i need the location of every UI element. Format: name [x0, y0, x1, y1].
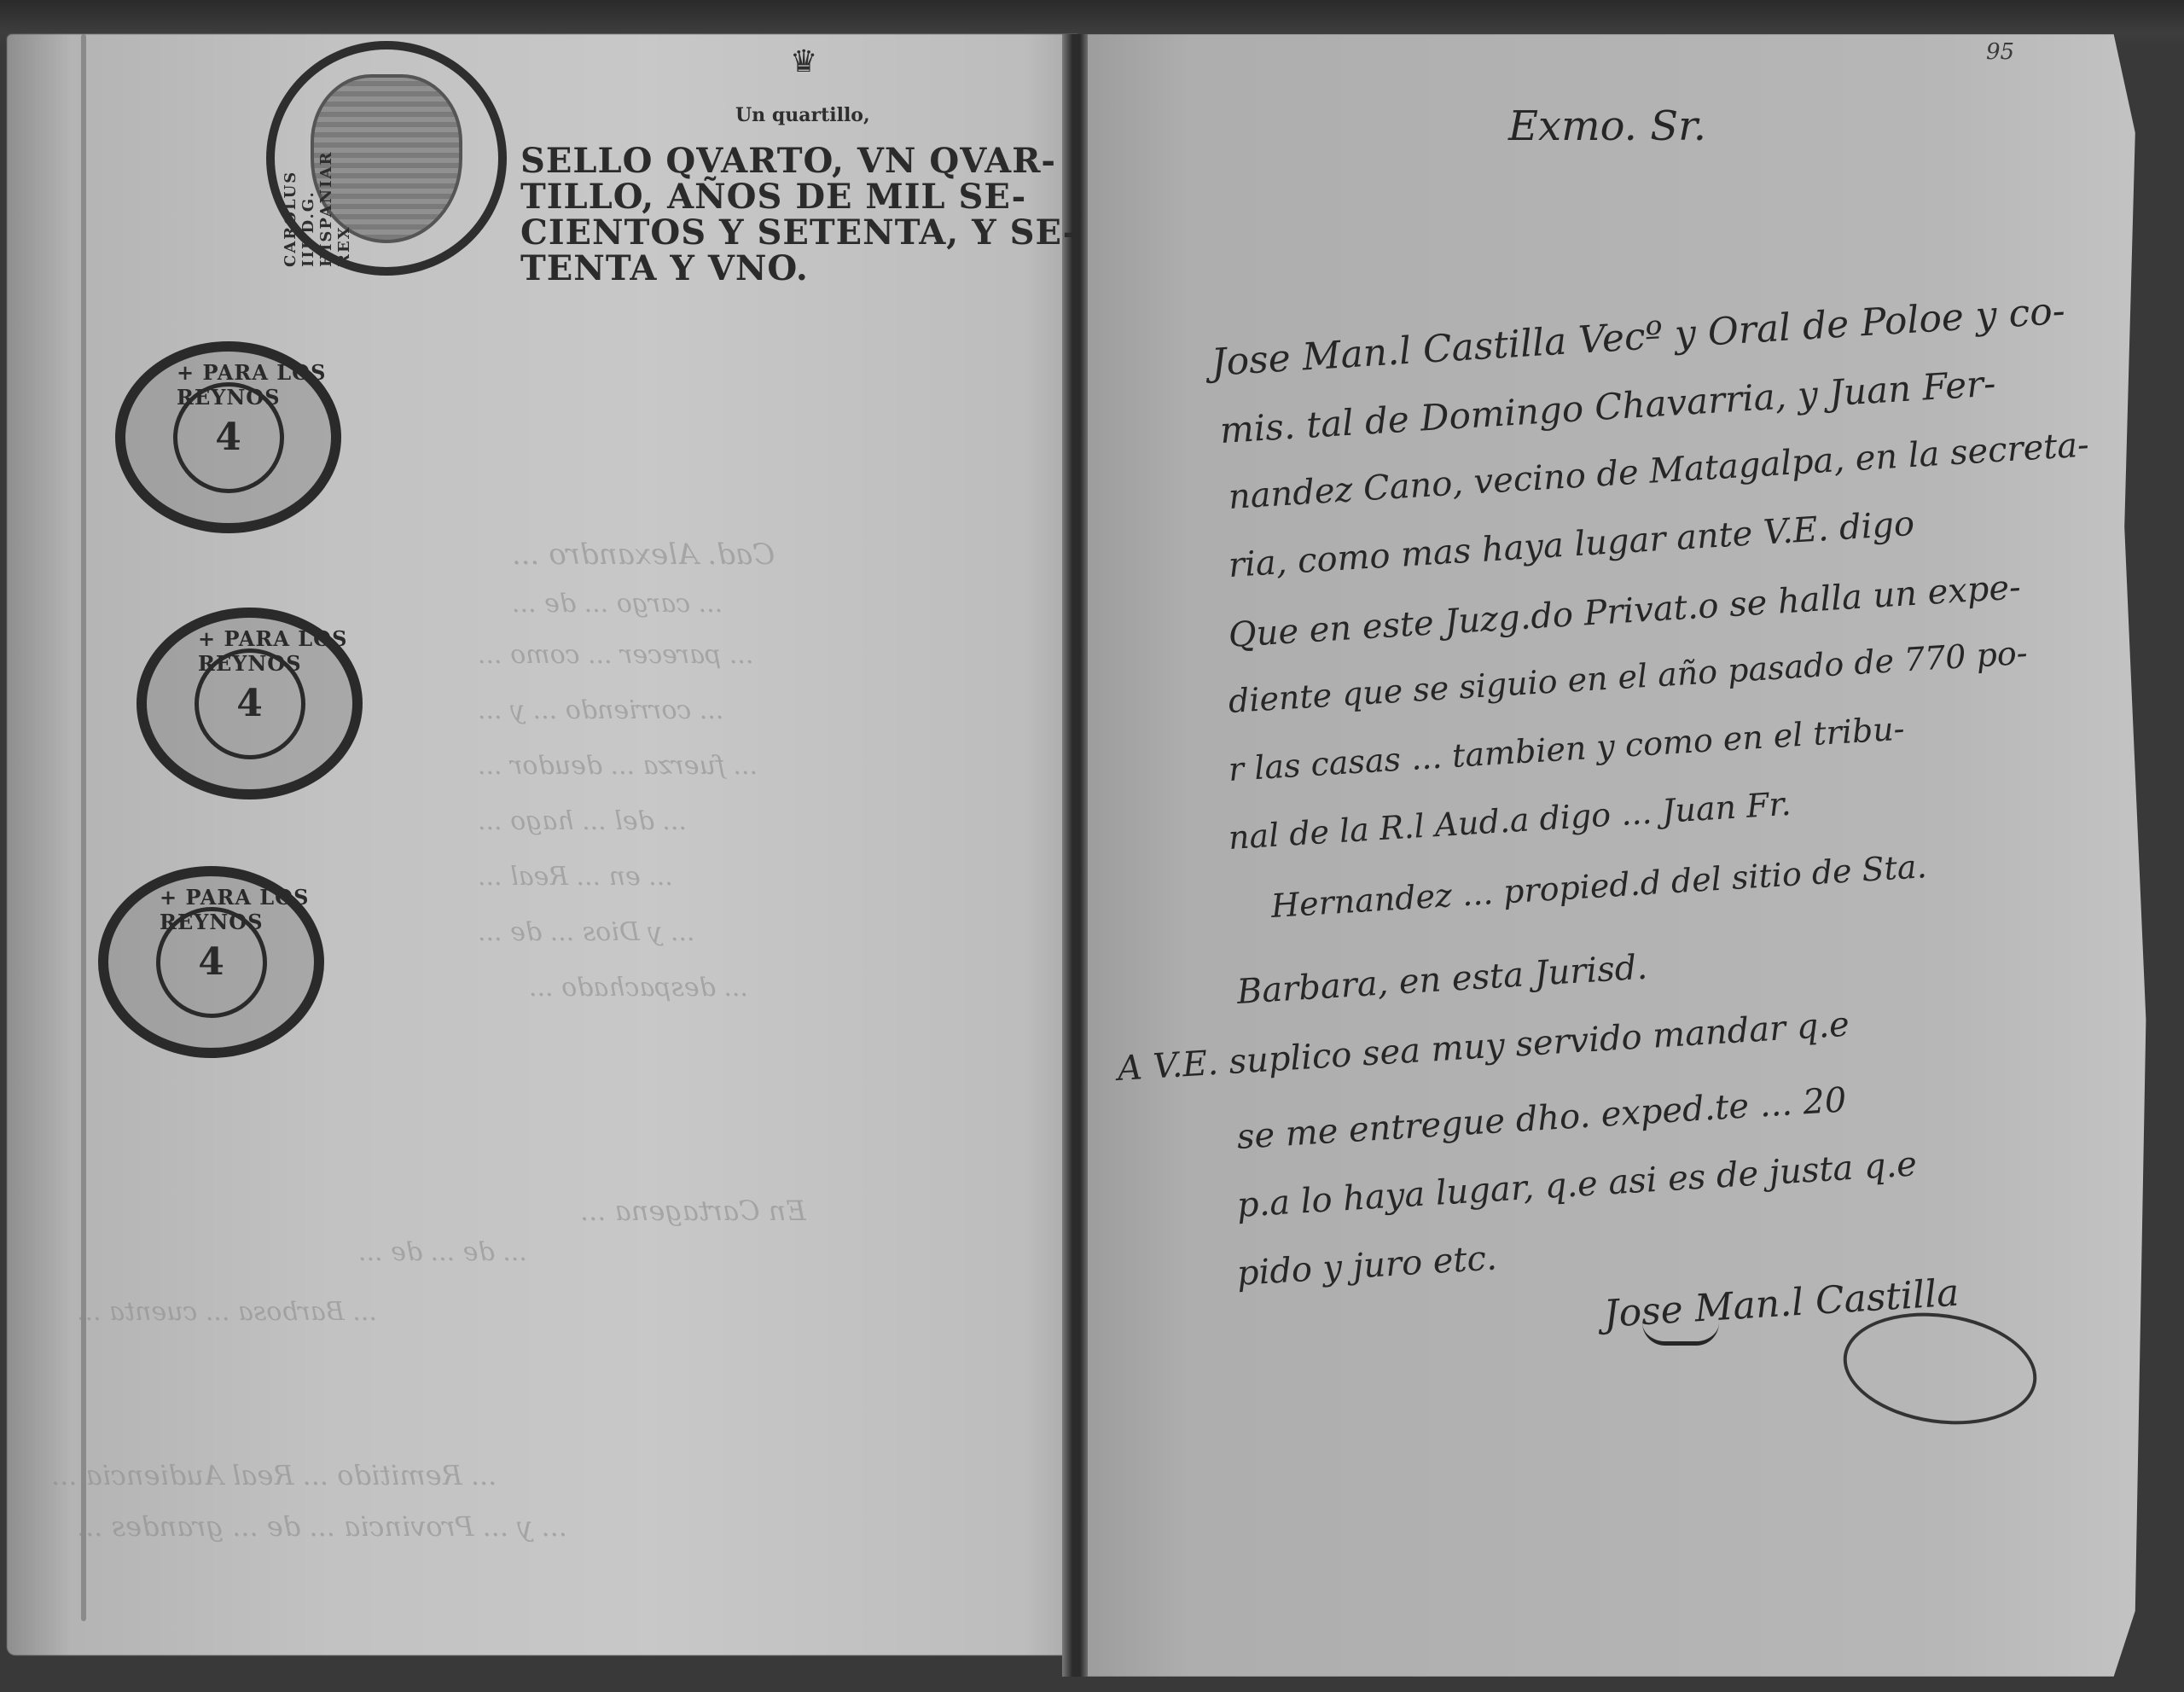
legend-line: CIENTOS Y SETENTA, Y SE- — [520, 215, 1101, 251]
bleed-through-line: ... Remitido ... Real Audiencia ... — [51, 1459, 497, 1491]
revenue-seal: + PARA LOS REYNOS 4 — [98, 866, 324, 1058]
folio-number: 95 — [1986, 39, 2014, 65]
bleed-through-line: ... fuerza ... deudor ... — [478, 751, 758, 781]
signature-underline — [1642, 1323, 1719, 1346]
legend-line: SELLO QVARTO, VN QVAR- — [520, 143, 1101, 179]
bleed-through-line: ... cargo ... de ... — [512, 589, 723, 619]
bleed-through-line: ... Barbosa ... cuenta ... — [77, 1297, 377, 1327]
bleed-through-line: ... de ... de ... — [358, 1237, 527, 1267]
bleed-through-line: ... en ... Real ... — [478, 862, 673, 892]
royal-arms-seal: CAROLUS III D.G. HISPANIAR REX — [266, 41, 507, 276]
legend-line: TENTA Y VNO. — [520, 251, 1101, 287]
bleed-through-line: ... y Dios ... de ... — [478, 917, 695, 947]
revenue-seal: + PARA LOS REYNOS 4 — [115, 341, 341, 533]
bleed-through-line: ... parecer ... como ... — [478, 640, 753, 670]
bleed-through-line: ... corriendo ... y ... — [478, 695, 723, 725]
seal-rim-text: + PARA LOS REYNOS — [198, 626, 352, 676]
stamped-paper-legend: SELLO QVARTO, VN QVAR- TILLO, AÑOS DE MI… — [520, 143, 1101, 287]
crown-emblem-icon: ♛ — [790, 44, 817, 79]
revenue-seal: + PARA LOS REYNOS 4 — [136, 608, 363, 799]
salutation: Exmo. Sr. — [1508, 102, 1706, 150]
seal-ring-text: CAROLUS III D.G. HISPANIAR REX — [282, 143, 353, 267]
left-page-fold-line — [81, 34, 86, 1621]
bleed-through-line: En Cartagena ... — [580, 1195, 806, 1227]
bleed-through-line: ... y ... Provincia ... de ... grandes .… — [77, 1510, 567, 1543]
seal-rim-text: + PARA LOS REYNOS — [177, 360, 331, 410]
seal-rim-text: + PARA LOS REYNOS — [160, 885, 314, 934]
legend-line: TILLO, AÑOS DE MIL SE- — [520, 179, 1101, 215]
bleed-through-line: Cad. Alexandro ... — [512, 538, 775, 572]
stamp-denomination: Un quartillo, — [735, 104, 870, 126]
bleed-through-line: ... despachado ... — [529, 973, 748, 1003]
bleed-through-line: ... del ... hago ... — [478, 806, 687, 836]
